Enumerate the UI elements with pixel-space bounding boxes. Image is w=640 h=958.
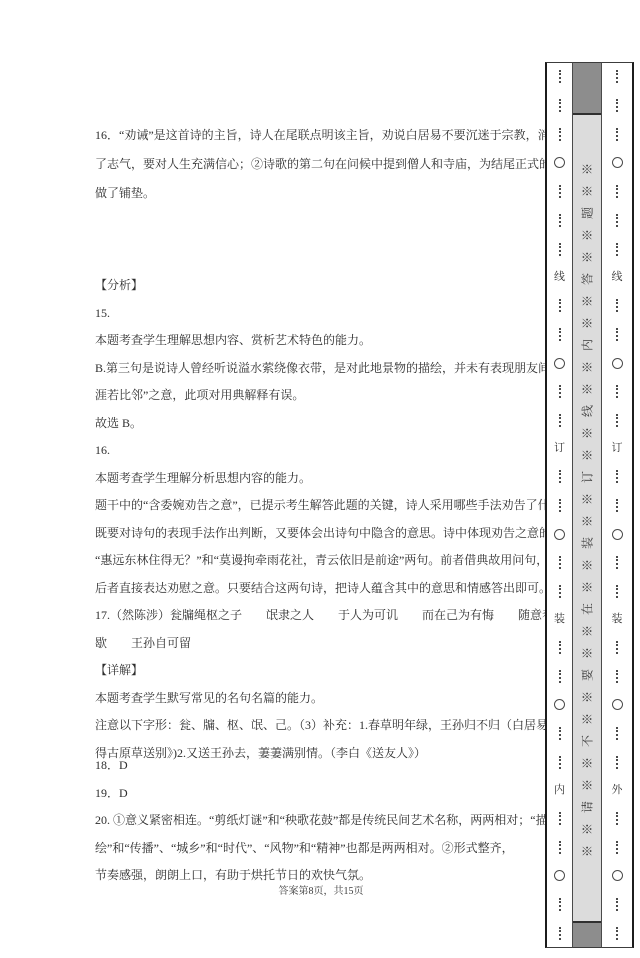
dotted-line-segment (616, 756, 618, 769)
answer-block-analysis: 【分析】 15. 本题考查学生理解思想内容、赏析艺术特色的能力。 B.第三句是说… (95, 272, 547, 767)
answer-line: 了志气，要对人生充满信心；②诗歌的第二句在问候中提到僧人和寺庙，为结尾正式的劝诫 (95, 150, 547, 179)
eyelet-circle (612, 157, 623, 168)
answer-line: 19．D (95, 780, 547, 808)
binding-cap-bottom (573, 921, 601, 947)
dotted-line-segment (559, 470, 561, 483)
dotted-line-segment (559, 641, 561, 654)
page-footer: 答案第8页，共15页 (95, 882, 547, 897)
dotted-line-segment (616, 414, 618, 427)
dotted-line-segment (559, 243, 561, 256)
binding-char: 线 (612, 272, 623, 283)
answer-line: 做了铺垫。 (95, 179, 547, 208)
dotted-line-segment (559, 328, 561, 341)
eyelet-circle (612, 870, 623, 881)
dotted-line-segment (616, 70, 618, 83)
eyelet-circle (554, 699, 565, 710)
answer-line: 题干中的“含委婉劝告之意”，已提示考生解答此题的关键，诗人采用哪些手法劝告了什么… (95, 492, 547, 520)
dotted-line-segment (559, 128, 561, 141)
dotted-line-segment (559, 670, 561, 683)
eyelet-circle (554, 870, 565, 881)
dotted-line-segment (559, 385, 561, 398)
dotted-line-segment (616, 243, 618, 256)
binding-char: 装 (554, 614, 565, 625)
answer-line: 涯若比邻”之意，此项对用典解释有误。 (95, 382, 547, 410)
eyelet-circle (554, 157, 565, 168)
dotted-line-segment (559, 99, 561, 112)
dotted-line-segment (616, 185, 618, 198)
dotted-line-segment (616, 927, 618, 940)
answer-line: 16．“劝诫”是这首诗的主旨，诗人在尾联点明该主旨，劝说白居易不要沉迷于宗教，消… (95, 121, 547, 150)
dotted-line-segment (559, 727, 561, 740)
answer-line: 20. ①意义紧密相连。“剪纸灯谜”和“秧歌花鼓”都是传统民间艺术名称，两两相对… (95, 807, 547, 835)
dotted-line-segment (559, 756, 561, 769)
dotted-line-segment (616, 585, 618, 598)
eyelet-circle (554, 358, 565, 369)
dotted-line-segment (559, 927, 561, 940)
binding-notice-text: ※※请※※不※※要※※在※※装※※订※※线※※内※※答※※题※※ (579, 153, 596, 857)
answer-line: 既要对诗句的表现手法作出判断，又要体会出诗句中隐含的意思。诗中体现劝告之意的是 (95, 520, 547, 548)
dotted-line-segment (559, 556, 561, 569)
dotted-line-segment (559, 812, 561, 825)
answer-line: 【分析】 (95, 272, 547, 300)
dotted-line-segment (616, 727, 618, 740)
dotted-line-segment (559, 185, 561, 198)
answer-sheet-page: 16．“劝诫”是这首诗的主旨，诗人在尾联点明该主旨，劝说白居易不要沉迷于宗教，消… (0, 0, 640, 958)
answer-line: 【详解】 (95, 657, 547, 685)
dotted-line-segment (559, 214, 561, 227)
eyelet-circle (554, 529, 565, 540)
answer-block-16: 16．“劝诫”是这首诗的主旨，诗人在尾联点明该主旨，劝说白居易不要沉迷于宗教，消… (95, 121, 547, 208)
answer-block-18-20: 18．D 19．D 20. ①意义紧密相连。“剪纸灯谜”和“秧歌花鼓”都是传统民… (95, 752, 547, 890)
answer-line: 歇 王孙自可留 (95, 630, 547, 658)
dotted-line-segment (616, 641, 618, 654)
answer-line: 故选 B。 (95, 410, 547, 438)
answer-line: 本题考查学生理解思想内容、赏析艺术特色的能力。 (95, 327, 547, 355)
binding-char: 外 (612, 785, 623, 796)
binding-strip-inner: 线 订 装 内 (545, 62, 572, 948)
answer-line: “惠远东林住得无？”和“莫谩拘牵雨花社，青云依旧是前途”两句。前者借典故用问句， (95, 547, 547, 575)
dotted-line-segment (616, 214, 618, 227)
dotted-line-segment (616, 299, 618, 312)
dotted-line-segment (559, 898, 561, 911)
answer-line: 16. (95, 437, 547, 465)
dotted-line-segment (616, 128, 618, 141)
binding-char: 订 (554, 443, 565, 454)
dotted-line-segment (559, 414, 561, 427)
answer-line: 注意以下字形：瓮、牖、枢、氓、己。（3）补充：1.春草明年绿，王孙归不归（白居易… (95, 712, 547, 740)
dotted-line-segment (616, 841, 618, 854)
dotted-line-segment (616, 898, 618, 911)
dotted-line-segment (616, 556, 618, 569)
dotted-line-segment (616, 812, 618, 825)
binding-cap-top (573, 63, 601, 115)
dotted-line-segment (559, 499, 561, 512)
answer-line: B.第三句是说诗人曾经听说溢水萦绕像衣带，是对此地景物的描绘，并未有表现朋友间“… (95, 355, 547, 383)
answer-line: 绘”和“传播”、“城乡”和“时代”、“风物”和“精神”也都是两两相对。②形式整齐… (95, 835, 547, 863)
answer-line: 17.（然陈涉）瓮牖绳枢之子 氓隶之人 于人为可讥 而在己为有悔 随意春芳 (95, 602, 547, 630)
dotted-line-segment (616, 99, 618, 112)
dotted-line-segment (559, 70, 561, 83)
answer-line: 15. (95, 300, 547, 328)
answer-line: 后者直接表达劝慰之意。只要结合这两句诗，把诗人蕴含其中的意思和情感答出即可。 (95, 575, 547, 603)
dotted-line-segment (616, 385, 618, 398)
answer-line: 18．D (95, 752, 547, 780)
binding-char: 装 (612, 614, 623, 625)
binding-char: 内 (554, 785, 565, 796)
dotted-line-segment (616, 670, 618, 683)
answer-line: 本题考查学生默写常见的名句名篇的能力。 (95, 685, 547, 713)
dotted-line-segment (559, 841, 561, 854)
dotted-line-segment (559, 299, 561, 312)
dotted-line-segment (616, 499, 618, 512)
eyelet-circle (612, 358, 623, 369)
eyelet-circle (612, 699, 623, 710)
binding-char: 订 (612, 443, 623, 454)
answer-line: 本题考查学生理解分析思想内容的能力。 (95, 465, 547, 493)
binding-strip-middle: ※※请※※不※※要※※在※※装※※订※※线※※内※※答※※题※※ (572, 62, 602, 948)
dotted-line-segment (616, 328, 618, 341)
dotted-line-segment (559, 585, 561, 598)
binding-char: 线 (554, 272, 565, 283)
binding-strip-outer: 线 订 装 外 (602, 62, 634, 948)
eyelet-circle (612, 529, 623, 540)
dotted-line-segment (616, 470, 618, 483)
